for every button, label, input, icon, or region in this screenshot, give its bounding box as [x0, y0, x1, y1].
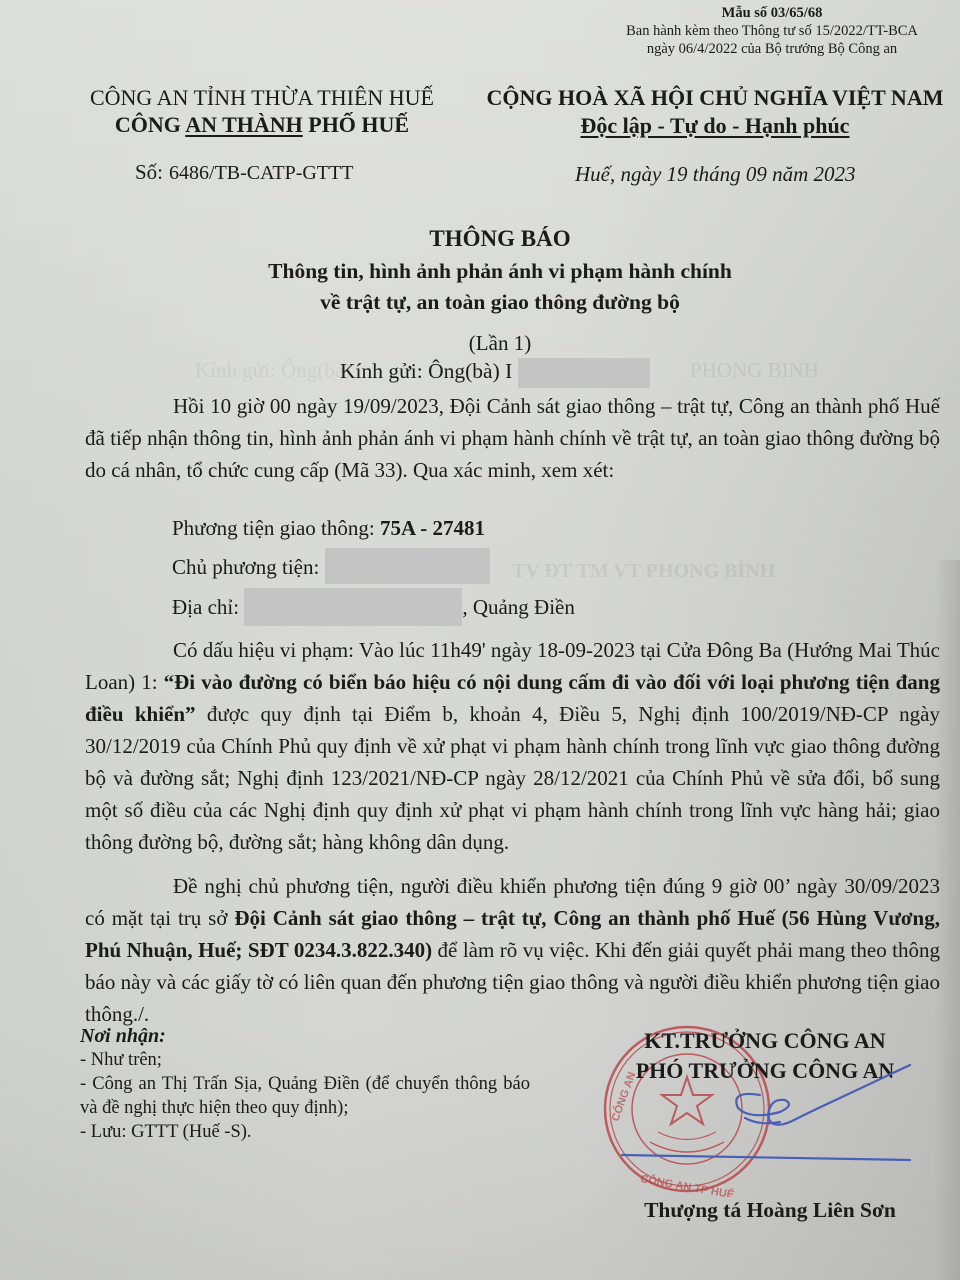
paragraph-request: Đề nghị chủ phương tiện, người điều khiể…	[85, 870, 940, 1030]
address-field: Địa chỉ: , Quảng Điền	[172, 592, 575, 626]
doc-number-value: 6486/TB-CATP-GTTT	[169, 162, 353, 184]
vehicle-label: Phương tiện giao thông:	[172, 516, 380, 540]
redacted-address	[244, 588, 462, 626]
national-header: CỘNG HOÀ XÃ HỘI CHỦ NGHĨA VIỆT NAM Độc l…	[480, 84, 950, 140]
agency-name-part1: CÔNG	[115, 112, 185, 137]
republic-name: CỘNG HOÀ XÃ HỘI CHỦ NGHĨA VIỆT NAM	[480, 84, 950, 112]
title-sub1: Thông tin, hình ảnh phản ánh vi phạm hàn…	[150, 256, 850, 287]
title-sub2: về trật tự, an toàn giao thông đường bộ	[150, 287, 850, 318]
issue-date: Huế, ngày 19 tháng 09 năm 2023	[575, 162, 856, 187]
owner-name-faint: TV ĐT TM VT PHONG BÌNH	[512, 560, 775, 583]
issuing-agency: CÔNG AN TỈNH THỪA THIÊN HUẾ CÔNG AN THÀN…	[72, 84, 452, 138]
handwritten-signature-icon	[610, 1060, 930, 1180]
recipient-item: - Như trên;	[80, 1048, 530, 1072]
address-district: , Quảng Điền	[462, 595, 575, 619]
bleed-through-text: Kính gửi: Ông(bà)	[195, 358, 351, 383]
parent-agency: CÔNG AN TỈNH THỪA THIÊN HUẾ	[72, 84, 452, 111]
recipient-item: - Công an Thị Trấn Sịa, Quảng Điền (để c…	[80, 1072, 530, 1120]
owner-label: Chủ phương tiện:	[172, 555, 319, 579]
paragraph-intro: Hồi 10 giờ 00 ngày 19/09/2023, Đội Cảnh …	[85, 390, 940, 486]
form-code-line2: Ban hành kèm theo Thông tư số 15/2022/TT…	[612, 22, 932, 40]
document-number: Số:6486/TB-CATP-GTTT	[135, 160, 353, 185]
signer-name: Thượng tá Hoàng Liên Sơn	[620, 1198, 920, 1223]
document-title: THÔNG BÁO Thông tin, hình ảnh phản ánh v…	[150, 222, 850, 362]
agency-name-part3: PHỐ HUẾ	[303, 112, 409, 137]
title-main: THÔNG BÁO	[150, 222, 850, 256]
agency-name-part2: AN THÀNH	[185, 112, 303, 137]
recipient-label: Kính gửi: Ông(bà) I	[340, 359, 512, 383]
recipient-item: - Lưu: GTTT (Huế -S).	[80, 1120, 530, 1144]
paragraph-intro-text: Hồi 10 giờ 00 ngày 19/09/2023, Đội Cảnh …	[85, 394, 940, 482]
recipient-name-faint: PHONG BINH	[690, 358, 819, 383]
redacted-owner-name	[325, 548, 490, 584]
form-code-label: Mẫu số 03/65/68	[612, 4, 932, 22]
national-motto: Độc lập - Tự do - Hạnh phúc	[480, 112, 950, 140]
form-code-block: Mẫu số 03/65/68 Ban hành kèm theo Thông …	[612, 4, 932, 58]
title-round: (Lần 1)	[150, 324, 850, 362]
form-code-line3: ngày 06/4/2022 của Bộ trưởng Bộ Công an	[612, 40, 932, 58]
vehicle-field: Phương tiện giao thông: 75A - 27481	[172, 516, 485, 541]
recipient-line: Kính gửi: Ông(bà) I	[340, 358, 650, 388]
violation-legal-basis: được quy định tại Điểm b, khoản 4, Điều …	[85, 702, 940, 854]
doc-number-label: Số:	[135, 160, 163, 184]
license-plate: 75A - 27481	[380, 516, 485, 540]
recipients-heading: Nơi nhận:	[80, 1024, 530, 1048]
recipients-list: Nơi nhận: - Như trên; - Công an Thị Trấn…	[80, 1024, 530, 1144]
agency-name: CÔNG AN THÀNH PHỐ HUẾ	[72, 111, 452, 138]
redacted-recipient-name	[518, 358, 650, 388]
signer-line1: KT.TRƯỞNG CÔNG AN	[605, 1026, 925, 1056]
address-label: Địa chỉ:	[172, 595, 239, 619]
paragraph-violation: Có dấu hiệu vi phạm: Vào lúc 11h49' ngày…	[85, 634, 940, 858]
owner-field: Chủ phương tiện:	[172, 554, 490, 584]
